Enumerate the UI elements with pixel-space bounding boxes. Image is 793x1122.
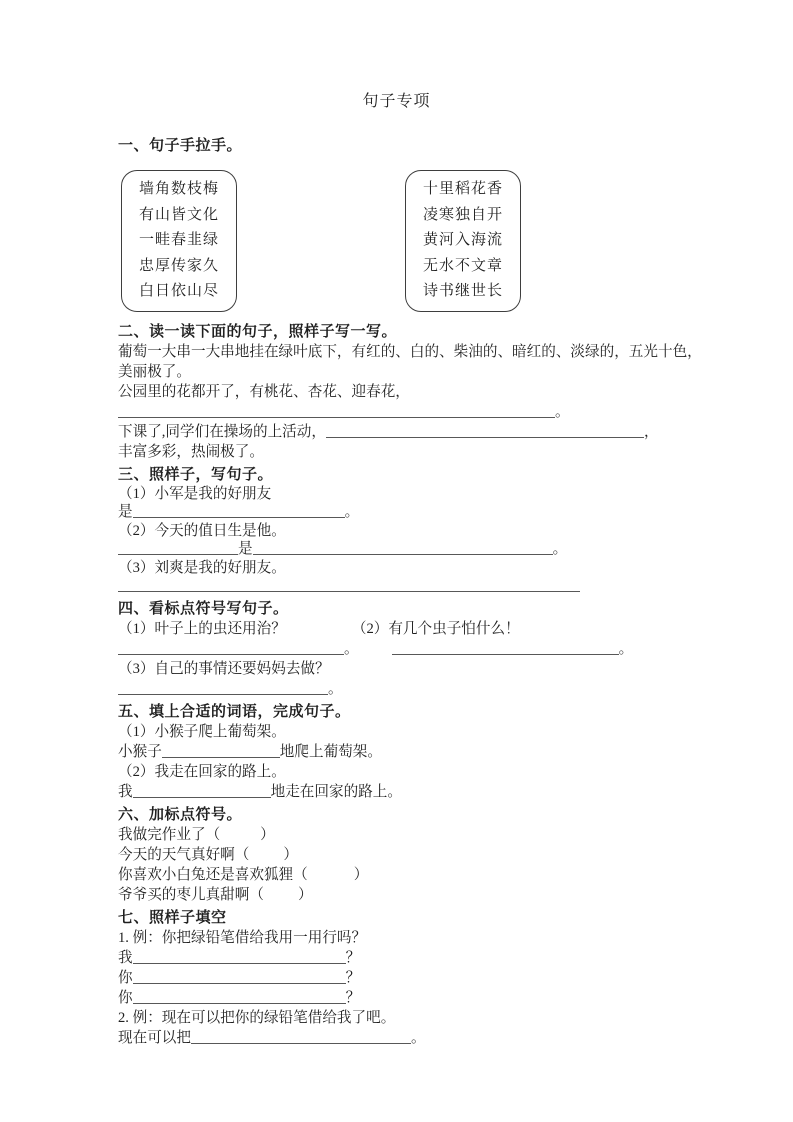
box-phrase: 墙角数枝梅 xyxy=(139,177,219,203)
text-segment: 地走在回家的路上。 xyxy=(271,784,402,800)
text-line: 现在可以把。 xyxy=(118,1028,675,1048)
text-segment: （1）小军是我的好朋友 xyxy=(118,486,271,502)
box-phrase: 诗书继世长 xyxy=(423,279,503,305)
text-line: （2）我走在回家的路上。 xyxy=(118,762,675,782)
answer-blank xyxy=(133,797,271,798)
section-2-heading: 二、读一读下面的句子，照样子写一写。 xyxy=(118,322,675,342)
text-segment: 公园里的花都开了，有桃花、杏花、迎春花， xyxy=(118,384,410,400)
text-segment: 丰富多彩，热闹极了。 xyxy=(118,444,264,460)
text-line: 2. 例：现在可以把你的绿铅笔借给我了吧。 xyxy=(118,1008,675,1028)
text-segment: 今天的天气真好啊（ xyxy=(118,847,249,863)
text-line: 葡萄一大串一大串地挂在绿叶底下，有红的、白的、柴油的、暗红的、淡绿的，五光十色， xyxy=(118,342,675,362)
text-segment: （3）刘爽是我的好朋友。 xyxy=(118,560,286,576)
text-line xyxy=(118,577,675,596)
section-4: 四、看标点符号写句子。 （1）叶子上的虫还用治？（2）有几个虫子怕什么！。。（3… xyxy=(118,599,675,699)
section-6: 六、加标点符号。 我做完作业了（）今天的天气真好啊（）你喜欢小白兔还是喜欢狐狸（… xyxy=(118,805,675,905)
text-line: （1）小猴子爬上葡萄架。 xyxy=(118,722,675,742)
text-segment: 。 xyxy=(328,681,343,697)
text-segment: 我 xyxy=(118,950,133,966)
text-segment: 美丽极了。 xyxy=(118,364,191,380)
text-line: （1）叶子上的虫还用治？（2）有几个虫子怕什么！ xyxy=(118,619,675,639)
answer-blank xyxy=(133,983,346,984)
text-line: 。 xyxy=(118,679,675,699)
text-line: 我地走在回家的路上。 xyxy=(118,782,675,802)
text-segment: 。 xyxy=(344,641,359,657)
section-1-heading: 一、句子手拉手。 xyxy=(118,136,675,156)
text-segment: 是 xyxy=(118,504,133,520)
text-line: 。。 xyxy=(118,639,675,659)
answer-blank xyxy=(191,1043,411,1044)
answer-blank xyxy=(133,963,346,964)
text-line: 你？ xyxy=(118,968,675,988)
text-segment: ？ xyxy=(346,990,361,1006)
text-segment: 爷爷买的枣儿真甜啊（ xyxy=(118,887,264,903)
text-segment: ） xyxy=(298,887,313,903)
answer-blank xyxy=(118,694,328,695)
answer-blank xyxy=(392,654,619,655)
box-phrase: 黄河入海流 xyxy=(423,228,503,254)
section-5-heading: 五、填上合适的词语，完成句子。 xyxy=(118,702,675,722)
text-segment: ？ xyxy=(346,970,361,986)
text-line: （3）自己的事情还要妈妈去做？ xyxy=(118,659,675,679)
text-line: （1）小军是我的好朋友 xyxy=(118,485,675,504)
text-line: 我？ xyxy=(118,948,675,968)
text-segment: 你喜欢小白兔还是喜欢狐狸（ xyxy=(118,867,308,883)
text-segment: 。 xyxy=(555,404,570,420)
answer-blank xyxy=(118,554,238,555)
answer-blank xyxy=(133,517,345,518)
text-segment: 。 xyxy=(553,541,568,557)
answer-blank xyxy=(118,591,580,592)
text-line: 爷爷买的枣儿真甜啊（） xyxy=(118,885,675,905)
text-segment: （2）我走在回家的路上。 xyxy=(118,764,286,780)
box-phrase: 有山皆文化 xyxy=(139,203,219,229)
section-7-heading: 七、照样子填空 xyxy=(118,908,675,928)
section-5: 五、填上合适的词语，完成句子。 （1）小猴子爬上葡萄架。小猴子地爬上葡萄架。（2… xyxy=(118,702,675,802)
text-line: 我做完作业了（） xyxy=(118,825,675,845)
page-title: 句子专项 xyxy=(118,92,675,112)
section-5-body: （1）小猴子爬上葡萄架。小猴子地爬上葡萄架。（2）我走在回家的路上。我地走在回家… xyxy=(118,722,675,802)
answer-blank xyxy=(133,1003,346,1004)
section-1: 一、句子手拉手。 墙角数枝梅有山皆文化一畦春韭绿忠厚传家久白日依山尽 十里稻花香… xyxy=(118,136,675,312)
section-4-body: （1）叶子上的虫还用治？（2）有几个虫子怕什么！。。（3）自己的事情还要妈妈去做… xyxy=(118,619,675,699)
text-line: （3）刘爽是我的好朋友。 xyxy=(118,559,675,578)
text-segment: 现在可以把 xyxy=(118,1030,191,1046)
section-6-heading: 六、加标点符号。 xyxy=(118,805,675,825)
section-4-heading: 四、看标点符号写句子。 xyxy=(118,599,675,619)
text-line: 1. 例：你把绿铅笔借给我用一用行吗？ xyxy=(118,928,675,948)
text-line: 下课了,同学们在操场的上活动，， xyxy=(118,422,675,442)
answer-blank xyxy=(253,554,553,555)
section-6-body: 我做完作业了（）今天的天气真好啊（）你喜欢小白兔还是喜欢狐狸（）爷爷买的枣儿真甜… xyxy=(118,825,675,905)
text-line: 是。 xyxy=(118,503,675,522)
text-segment: ） xyxy=(260,827,275,843)
match-box-right: 十里稻花香凌寒独自开黄河入海流无水不文章诗书继世长 xyxy=(405,170,521,312)
text-line: （2）今天的值日生是他。 xyxy=(118,522,675,541)
match-box-left: 墙角数枝梅有山皆文化一畦春韭绿忠厚传家久白日依山尽 xyxy=(121,170,237,312)
box-phrase: 白日依山尽 xyxy=(139,279,219,305)
text-segment: （1）小猴子爬上葡萄架。 xyxy=(118,724,286,740)
text-segment: 葡萄一大串一大串地挂在绿叶底下，有红的、白的、柴油的、暗红的、淡绿的，五光十色， xyxy=(118,344,702,360)
answer-blank xyxy=(118,654,344,655)
answer-blank xyxy=(118,417,555,418)
section-3-heading: 三、照样子，写句子。 xyxy=(118,465,675,485)
text-line: 。 xyxy=(118,402,675,422)
text-segment: 你 xyxy=(118,970,133,986)
text-segment: （2）有几个虫子怕什么！ xyxy=(352,621,520,637)
box-phrase: 一畦春韭绿 xyxy=(139,228,219,254)
answer-blank xyxy=(326,437,644,438)
section-2: 二、读一读下面的句子，照样子写一写。 葡萄一大串一大串地挂在绿叶底下，有红的、白… xyxy=(118,322,675,462)
text-segment: ） xyxy=(283,847,298,863)
text-segment: 2. 例：现在可以把你的绿铅笔借给我了吧。 xyxy=(118,1010,395,1026)
text-segment: 你 xyxy=(118,990,133,1006)
section-3: 三、照样子，写句子。 （1）小军是我的好朋友是。（2）今天的值日生是他。是。（3… xyxy=(118,465,675,596)
text-segment: ， xyxy=(644,424,659,440)
box-phrase: 凌寒独自开 xyxy=(423,203,503,229)
answer-blank xyxy=(162,757,280,758)
section-7: 七、照样子填空 1. 例：你把绿铅笔借给我用一用行吗？我？你？你？2. 例：现在… xyxy=(118,908,675,1048)
text-line: 是。 xyxy=(118,540,675,559)
text-segment: 我 xyxy=(118,784,133,800)
text-segment: （1）叶子上的虫还用治？ xyxy=(118,621,286,637)
text-segment: 。 xyxy=(411,1030,426,1046)
box-phrase: 十里稻花香 xyxy=(423,177,503,203)
text-segment: 。 xyxy=(345,504,360,520)
text-segment: 我做完作业了（ xyxy=(118,827,220,843)
section-3-body: （1）小军是我的好朋友是。（2）今天的值日生是他。是。（3）刘爽是我的好朋友。 xyxy=(118,485,675,596)
text-line: 公园里的花都开了，有桃花、杏花、迎春花， xyxy=(118,382,675,402)
text-line: 你？ xyxy=(118,988,675,1008)
box-phrase: 忠厚传家久 xyxy=(139,254,219,280)
text-line: 小猴子地爬上葡萄架。 xyxy=(118,742,675,762)
section-2-body: 葡萄一大串一大串地挂在绿叶底下，有红的、白的、柴油的、暗红的、淡绿的，五光十色，… xyxy=(118,342,675,462)
box-phrase: 无水不文章 xyxy=(423,254,503,280)
text-segment: 1. 例：你把绿铅笔借给我用一用行吗？ xyxy=(118,930,366,946)
text-segment: 地爬上葡萄架。 xyxy=(280,744,382,760)
text-segment: （2）今天的值日生是他。 xyxy=(118,523,286,539)
text-segment: ） xyxy=(354,867,369,883)
text-line: 今天的天气真好啊（） xyxy=(118,845,675,865)
text-segment: 小猴子 xyxy=(118,744,162,760)
matching-boxes: 墙角数枝梅有山皆文化一畦春韭绿忠厚传家久白日依山尽 十里稻花香凌寒独自开黄河入海… xyxy=(118,170,675,312)
text-line: 你喜欢小白兔还是喜欢狐狸（） xyxy=(118,865,675,885)
text-segment: （3）自己的事情还要妈妈去做？ xyxy=(118,661,330,677)
text-line: 美丽极了。 xyxy=(118,362,675,382)
text-segment: 是 xyxy=(238,541,253,557)
text-segment: 。 xyxy=(619,641,634,657)
text-segment: ？ xyxy=(346,950,361,966)
text-segment: 下课了,同学们在操场的上活动， xyxy=(118,424,326,440)
section-7-body: 1. 例：你把绿铅笔借给我用一用行吗？我？你？你？2. 例：现在可以把你的绿铅笔… xyxy=(118,928,675,1048)
worksheet-page: 句子专项 一、句子手拉手。 墙角数枝梅有山皆文化一畦春韭绿忠厚传家久白日依山尽 … xyxy=(0,0,793,1122)
text-line: 丰富多彩，热闹极了。 xyxy=(118,442,675,462)
